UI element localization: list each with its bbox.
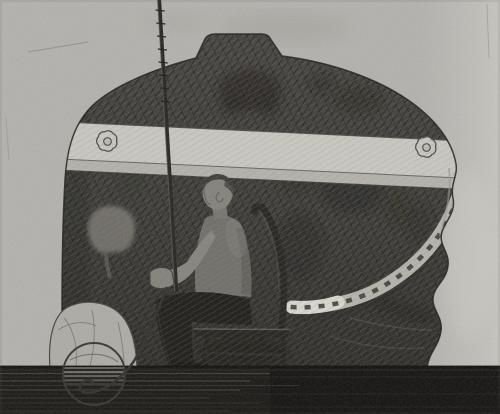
etching-canvas — [0, 0, 500, 414]
grain-overlay — [0, 0, 500, 414]
etching-artwork — [0, 0, 500, 414]
